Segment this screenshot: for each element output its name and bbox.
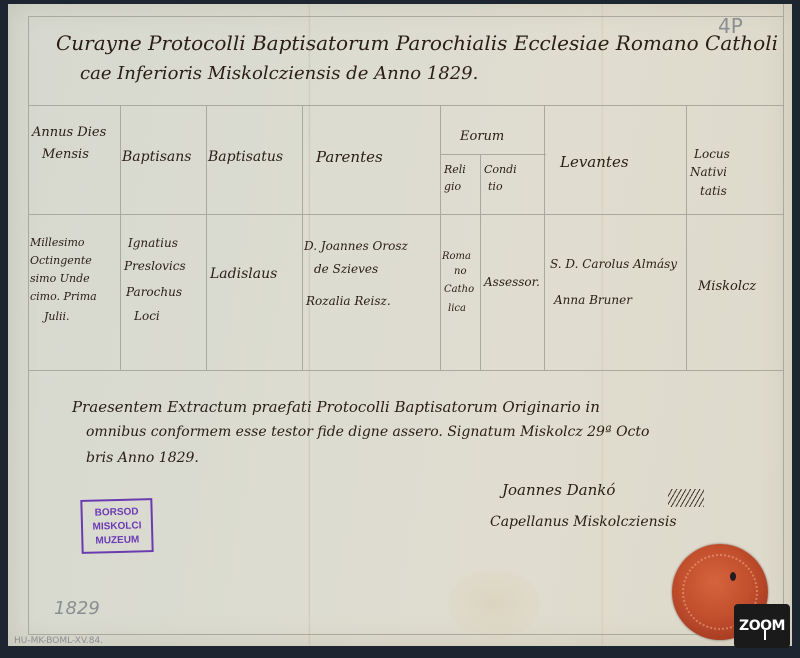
cell-parentes-line: D. Joannes Orosz (304, 240, 408, 254)
header-religio-line2: gio (444, 181, 461, 194)
header-date-line1: Annus Dies (32, 126, 106, 141)
cell-baptizans-line: Preslovics (124, 260, 186, 274)
header-levantes: Levantes (560, 154, 629, 171)
paper-stain (448, 569, 540, 639)
cell-date-line: Millesimo (30, 237, 85, 250)
table-bottom-rule (28, 370, 783, 371)
attestation-line3: bris Anno 1829. (86, 450, 199, 466)
cell-parentes-line: Rozalia Reisz. (306, 295, 391, 309)
frame-top (28, 16, 783, 17)
signature-title: Capellanus Miskolcziensis (490, 514, 677, 530)
document-title-line1: Curayne Protocolli Baptisatorum Parochia… (56, 32, 778, 55)
cell-date-line: Julii. (44, 311, 70, 324)
header-locus-line2: Nativi (690, 166, 727, 180)
cell-religio-line: lica (448, 303, 466, 315)
cell-religio-line: no (454, 266, 466, 278)
document-title-line2: cae Inferioris Miskolcziensis de Anno 18… (80, 64, 478, 85)
cell-baptizans-line: Loci (134, 310, 160, 324)
cell-parentes-line: de Szieves (314, 263, 378, 277)
attestation-line2: omnibus conformem esse testor fide digne… (86, 424, 649, 440)
stamp-line: MUZEUM (83, 533, 151, 549)
cell-religio-line: Roma (442, 251, 471, 263)
paper-fold (308, 4, 311, 646)
cell-levantes-line: Anna Bruner (554, 294, 632, 308)
cell-baptizans-line: Parochus (126, 286, 182, 300)
col-rule (120, 105, 121, 370)
cell-baptizatus: Ladislaus (210, 266, 277, 282)
frame-right (783, 4, 784, 644)
header-conditio-line2: tio (488, 181, 503, 194)
col-rule (302, 105, 303, 370)
col-rule (686, 105, 687, 370)
header-religio-line1: Reli (444, 164, 466, 177)
magnifier-icon (760, 628, 770, 642)
signature-flourish (668, 489, 704, 507)
frame-left (28, 16, 29, 634)
header-bottom-rule (28, 214, 783, 215)
header-baptizatus: Baptisatus (208, 149, 283, 165)
attestation-line1: Praesentem Extractum praefati Protocolli… (72, 399, 600, 416)
signature-name: Joannes Dankó (502, 482, 615, 499)
zoom-badge[interactable]: ZOOM (734, 604, 790, 648)
frame-bottom (28, 634, 783, 635)
document-paper: Curayne Protocolli Baptisatorum Parochia… (8, 4, 792, 646)
cell-date-line: cimo. Prima (30, 291, 97, 304)
col-rule (544, 105, 545, 370)
cell-levantes-line: S. D. Carolus Almásy (550, 258, 677, 272)
museum-stamp: BORSOD MISKOLCI MUZEUM (80, 498, 153, 554)
col-rule (206, 105, 207, 370)
cell-locus: Miskolcz (698, 280, 756, 295)
stamp-line: MISKOLCI (83, 519, 151, 535)
archive-reference: HU-MK-BOML-XV.84. (14, 636, 103, 646)
header-locus-line1: Locus (694, 148, 730, 162)
header-conditio-line1: Condi (484, 164, 517, 177)
header-locus-line3: tatis (700, 185, 727, 199)
table-top-rule (28, 105, 783, 106)
header-eorum: Eorum (460, 130, 504, 145)
paper-fold (601, 4, 604, 646)
header-baptizans: Baptisans (122, 149, 191, 165)
cell-date-line: Octingente (30, 255, 92, 268)
eorum-subrule (440, 154, 546, 155)
cell-date-line: simo Unde (30, 273, 90, 286)
col-rule (480, 154, 481, 370)
header-parentes: Parentes (316, 149, 383, 166)
cell-religio-line: Catho (444, 284, 474, 296)
pencil-year: 1829 (54, 598, 100, 619)
header-date-line2: Mensis (42, 148, 89, 163)
col-rule (440, 105, 441, 370)
pencil-page-mark: 4P (718, 14, 743, 38)
cell-conditio: Assessor. (484, 276, 540, 290)
cell-baptizans-line: Ignatius (128, 237, 178, 251)
